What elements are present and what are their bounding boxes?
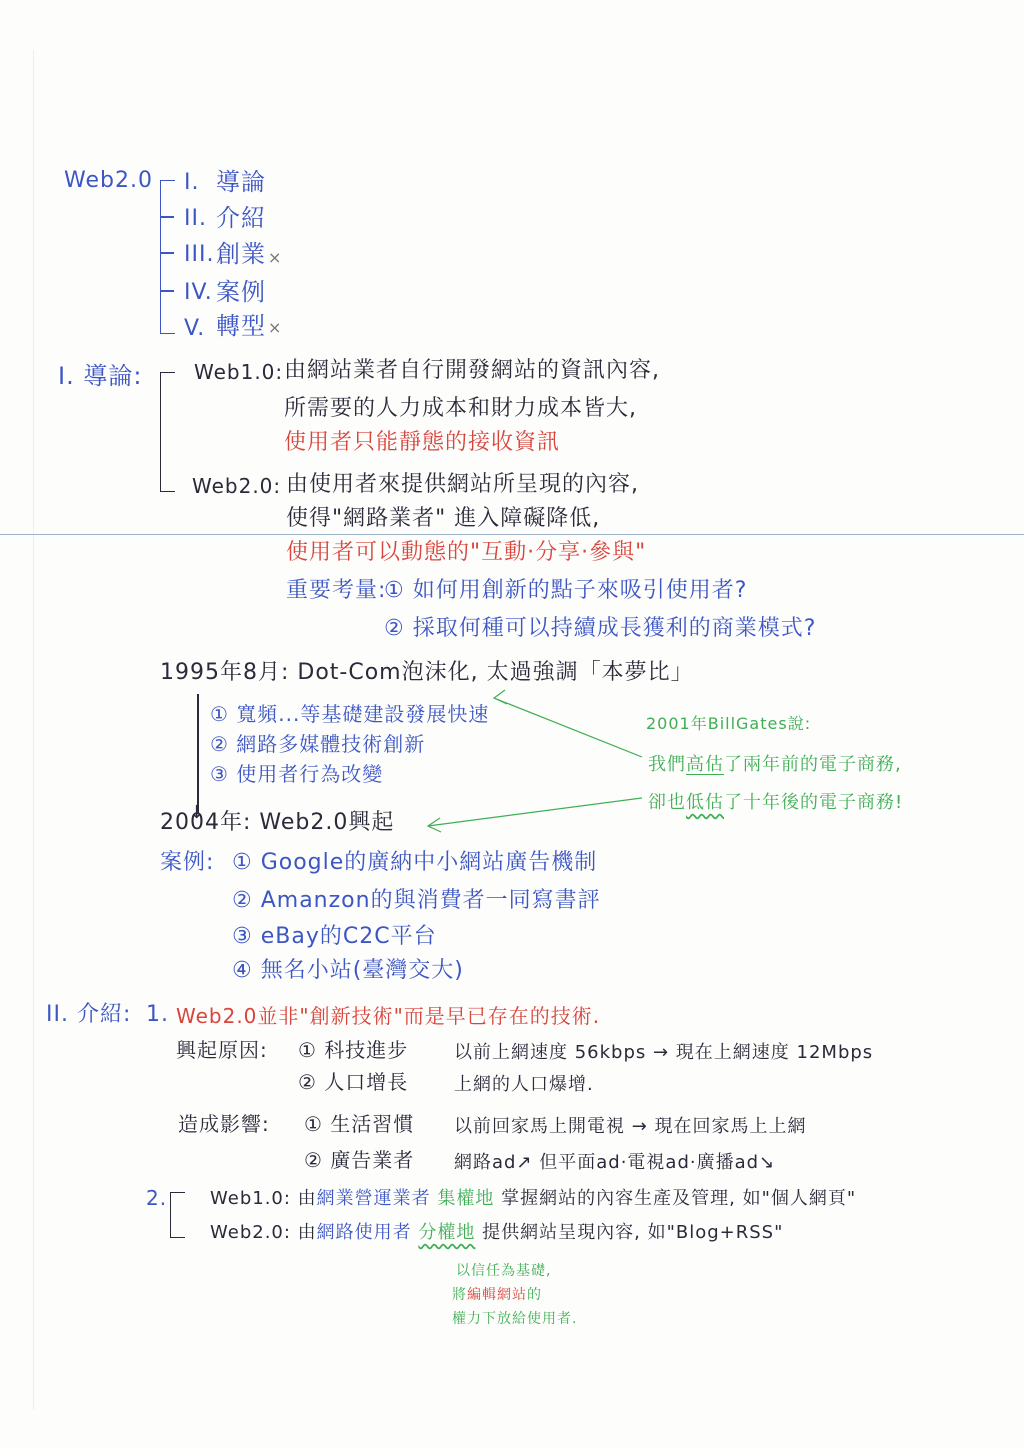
rise-item-1: ① 科技進步 — [298, 1040, 408, 1060]
web-text: 提供網站呈現內容, 如"Blog+RSS" — [482, 1222, 783, 1243]
case-2: ② Amanzon的與消費者一同寫書評 — [232, 890, 601, 912]
note-text: 將 — [452, 1287, 467, 1303]
web-text: 由 — [298, 1222, 317, 1243]
case-1: ① Google的廣納中小網站廣告機制 — [232, 852, 597, 874]
rise-label: 興起原因: — [176, 1040, 268, 1060]
note-line-3: 權力下放給使用者. — [452, 1312, 577, 1326]
impact-detail-1: 以前回家馬上開電視 → 現在回家馬上上網 — [454, 1118, 807, 1136]
web-power: 集權地 — [437, 1188, 494, 1209]
impact-detail-2: 網路ad↗ 但平面ad·電視ad·廣播ad↘ — [454, 1154, 775, 1172]
note-text: 的 — [527, 1287, 542, 1303]
rise-item-2: ② 人口增長 — [298, 1072, 408, 1092]
case-4: ④ 無名小站(臺灣交大) — [232, 960, 464, 982]
note-line-2: 將編輯網站的 — [452, 1288, 542, 1302]
point2-web1: Web1.0: 由網業營運業者 集權地 掌握網站的內容生產及管理, 如"個人網頁… — [210, 1190, 856, 1208]
point2-bracket — [170, 1192, 185, 1238]
web-power: 分權地 — [418, 1222, 475, 1243]
point2-num: 2. — [146, 1188, 167, 1208]
note-emphasis: 編輯網站 — [467, 1287, 527, 1303]
web-label: Web2.0: — [210, 1222, 291, 1243]
web-who: 網業營運業者 — [317, 1188, 431, 1209]
impact-item-1: ① 生活習慣 — [304, 1114, 414, 1134]
section2-heading: II. 介紹: — [46, 1004, 131, 1026]
notebook-page: Web2.0 I. 導論 II. 介紹 III. 創業 × IV. 案例 V. … — [0, 0, 1024, 1449]
web-text: 由 — [298, 1188, 317, 1209]
impact-item-2: ② 廣告業者 — [304, 1150, 414, 1170]
rise-detail-1: 以前上網速度 56kbps → 現在上網速度 12Mbps — [454, 1044, 873, 1062]
point2-web2: Web2.0: 由網路使用者 分權地 提供網站呈現內容, 如"Blog+RSS" — [210, 1224, 783, 1242]
point1-text: Web2.0並非"創新技術"而是早已存在的技術. — [176, 1006, 600, 1026]
impact-label: 造成影響: — [178, 1114, 270, 1134]
cases-label: 案例: — [160, 852, 214, 874]
web-text: 掌握網站的內容生產及管理, 如"個人網頁" — [501, 1188, 856, 1209]
web-label: Web1.0: — [210, 1188, 291, 1209]
point1-num: 1. — [146, 1004, 169, 1026]
web-who: 網路使用者 — [317, 1222, 412, 1243]
case-3: ③ eBay的C2C平台 — [232, 926, 437, 948]
rise-detail-2: 上網的人口爆增. — [454, 1076, 594, 1094]
note-line-1: 以信任為基礎, — [456, 1264, 551, 1278]
